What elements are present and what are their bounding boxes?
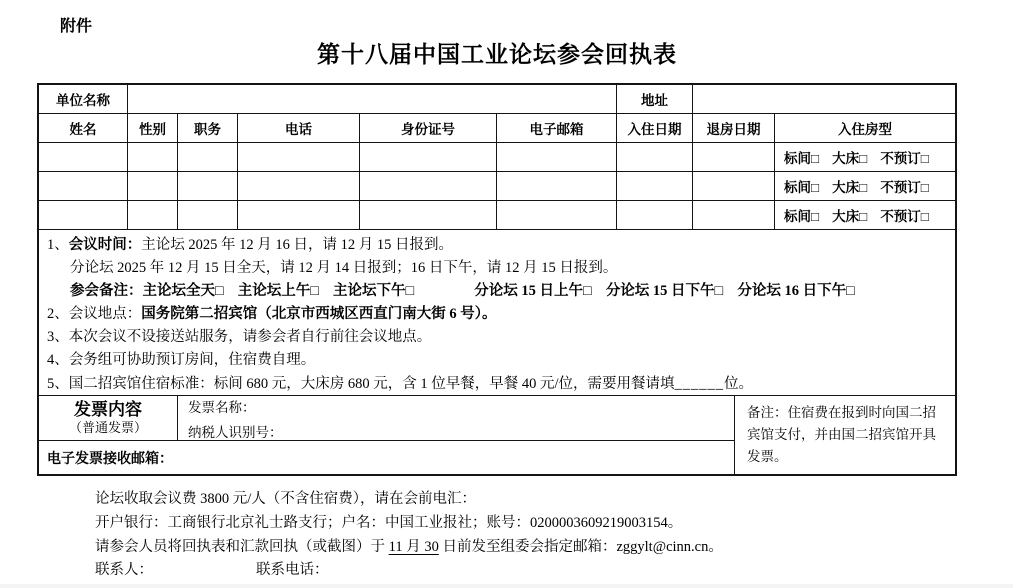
attendee-id-cell[interactable] — [360, 172, 497, 201]
remark-option-sub-15pm-checkbox[interactable]: 分论坛 15 日下午□ — [606, 283, 724, 299]
room-option-king-checkbox[interactable]: 大床□ — [832, 176, 867, 196]
attendee-checkin-cell[interactable] — [617, 143, 693, 172]
note-shuttle: 3、本次会议不设接送站服务，请参会者自行前往会议地点。 — [47, 326, 947, 349]
deadline-line: 请参会人员将回执表和汇款回执（或截图）于 11 月 30 日前发至组委会指定邮箱… — [95, 536, 723, 560]
deadline-suffix: 日前发至组委会指定邮箱：zggylt@cinn.cn。 — [439, 539, 723, 555]
header-position: 职务 — [178, 114, 238, 143]
note-meeting-time: 1、会议时间：主论坛 2025 年 12 月 16 日，请 12 月 15 日报… — [47, 234, 947, 257]
header-name: 姓名 — [39, 114, 128, 143]
remark-option-main-afternoon-checkbox[interactable]: 主论坛下午□ — [333, 283, 414, 299]
contact-line: 联系人：联系电话： — [95, 559, 723, 583]
note-hotel-rate: 5、国二招宾馆住宿标准：标间 680 元，大床房 680 元，含 1 位早餐，早… — [47, 373, 947, 396]
header-room-type: 入住房型 — [775, 114, 955, 143]
attendee-checkout-cell[interactable] — [693, 201, 775, 230]
remark-option-sub-15am-checkbox[interactable]: 分论坛 15 日上午□ — [474, 283, 592, 299]
header-checkin-date: 入住日期 — [617, 114, 693, 143]
note-number: 2、 — [47, 306, 69, 322]
bank-line: 开户银行：工商银行北京礼士路支行；户名：中国工业报社；账号：0200003609… — [95, 512, 723, 536]
attendee-position-cell[interactable] — [178, 201, 238, 230]
header-checkout-date: 退房日期 — [693, 114, 775, 143]
venue-text: 国务院第二招宾馆（北京市西城区西直门南大街 6 号）。 — [141, 306, 496, 322]
page-bottom-edge — [0, 584, 1013, 588]
note-venue: 2、会议地点：国务院第二招宾馆（北京市西城区西直门南大街 6 号）。 — [47, 303, 947, 326]
room-option-king-checkbox[interactable]: 大床□ — [832, 205, 867, 225]
registration-form: 单位名称 地址 姓名 性别 职务 电话 身份证号 电子邮箱 入住日期 退房日期 … — [37, 83, 957, 476]
remark-label: 参会备注： — [70, 283, 143, 299]
remark-option-sub-16pm-checkbox[interactable]: 分论坛 16 日下午□ — [737, 283, 855, 299]
invoice-fields-cell: 发票名称： 纳税人识别号： — [178, 396, 735, 441]
invoice-content-label: 发票内容 — [74, 400, 142, 420]
venue-label: 会议地点： — [69, 306, 142, 322]
room-option-standard-checkbox[interactable]: 标间□ — [784, 176, 819, 196]
unit-name-input-cell[interactable] — [128, 85, 617, 114]
deadline-prefix: 请参会人员将回执表和汇款回执（或截图）于 — [95, 539, 389, 555]
header-id-number: 身份证号 — [360, 114, 497, 143]
header-gender: 性别 — [128, 114, 178, 143]
fee-line: 论坛收取会议费 3800 元/人（不含住宿费），请在会前电汇： — [95, 488, 723, 512]
header-email: 电子邮箱 — [497, 114, 617, 143]
attendee-phone-cell[interactable] — [238, 201, 360, 230]
hotel-rate-text: 5、国二招宾馆住宿标准：标间 680 元，大床房 680 元，含 1 位早餐，早… — [47, 376, 675, 392]
tax-id-field[interactable]: 纳税人识别号： — [188, 421, 734, 441]
page-title: 第十八届中国工业论坛参会回执表 — [37, 36, 957, 69]
note-room-booking: 4、会务组可协助预订房间，住宿费自理。 — [47, 349, 947, 372]
attendee-name-cell[interactable] — [39, 201, 128, 230]
attendee-position-cell[interactable] — [178, 143, 238, 172]
contact-label: 联系人： — [95, 562, 153, 578]
attachment-label: 附件 — [60, 13, 92, 36]
invoice-section: 发票内容 （普通发票） 发票名称： 纳税人识别号： 备注：住宿费在报到时向国二招… — [39, 396, 955, 474]
note-remark-line: 参会备注：主论坛全天□主论坛上午□主论坛下午□分论坛 15 日上午□分论坛 15… — [47, 280, 947, 303]
attendee-phone-cell[interactable] — [238, 143, 360, 172]
form-page: 附件 第十八届中国工业论坛参会回执表 单位名称 地址 姓名 性别 职务 电话 身… — [0, 0, 1013, 588]
attendee-gender-cell[interactable] — [128, 201, 178, 230]
invoice-remark: 备注：住宿费在报到时向国二招宾馆支付，并由国二招宾馆开具发票。 — [735, 396, 955, 474]
room-type-cell: 标间□ 大床□ 不预订□ — [775, 201, 955, 230]
note-subforum-time: 分论坛 2025 年 12 月 15 日全天，请 12 月 14 日报到；16 … — [47, 257, 947, 280]
phone-label: 联系电话： — [256, 562, 329, 578]
deadline-date: 11 月 30 — [389, 539, 439, 555]
room-option-none-checkbox[interactable]: 不预订□ — [880, 176, 929, 196]
note-number: 1、 — [47, 237, 69, 253]
attendee-gender-cell[interactable] — [128, 143, 178, 172]
attendee-phone-cell[interactable] — [238, 172, 360, 201]
attendee-email-cell[interactable] — [497, 143, 617, 172]
attendee-id-cell[interactable] — [360, 201, 497, 230]
remark-option-main-allday-checkbox[interactable]: 主论坛全天□ — [143, 283, 224, 299]
attendee-email-cell[interactable] — [497, 172, 617, 201]
room-option-none-checkbox[interactable]: 不预订□ — [880, 147, 929, 167]
attendee-email-cell[interactable] — [497, 201, 617, 230]
meal-count-blank[interactable]: ______ — [675, 376, 725, 392]
notes-section: 1、会议时间：主论坛 2025 年 12 月 16 日，请 12 月 15 日报… — [39, 230, 955, 396]
invoice-type-label: （普通发票） — [69, 420, 147, 436]
meeting-time-text: 主论坛 2025 年 12 月 16 日，请 12 月 15 日报到。 — [141, 237, 453, 253]
attendee-gender-cell[interactable] — [128, 172, 178, 201]
attendee-table: 单位名称 地址 姓名 性别 职务 电话 身份证号 电子邮箱 入住日期 退房日期 … — [39, 85, 955, 230]
attendee-checkin-cell[interactable] — [617, 172, 693, 201]
attendee-position-cell[interactable] — [178, 172, 238, 201]
room-option-standard-checkbox[interactable]: 标间□ — [784, 147, 819, 167]
hotel-rate-suffix: 位。 — [724, 376, 753, 392]
invoice-name-field[interactable]: 发票名称： — [188, 396, 734, 416]
invoice-content-cell: 发票内容 （普通发票） — [39, 396, 178, 441]
address-label: 地址 — [617, 85, 693, 114]
invoice-email-field[interactable]: 电子发票接收邮箱： — [39, 441, 735, 474]
room-type-cell: 标间□ 大床□ 不预订□ — [775, 172, 955, 201]
attendee-name-cell[interactable] — [39, 143, 128, 172]
header-phone: 电话 — [238, 114, 360, 143]
room-type-cell: 标间□ 大床□ 不预订□ — [775, 143, 955, 172]
address-input-cell[interactable] — [693, 85, 955, 114]
attendee-id-cell[interactable] — [360, 143, 497, 172]
remark-option-main-morning-checkbox[interactable]: 主论坛上午□ — [238, 283, 319, 299]
meeting-time-label: 会议时间： — [69, 237, 142, 253]
attendee-checkin-cell[interactable] — [617, 201, 693, 230]
attendee-name-cell[interactable] — [39, 172, 128, 201]
remittance-info: 论坛收取会议费 3800 元/人（不含住宿费），请在会前电汇： 开户银行：工商银… — [95, 488, 723, 583]
room-option-none-checkbox[interactable]: 不预订□ — [880, 205, 929, 225]
attendee-checkout-cell[interactable] — [693, 143, 775, 172]
room-option-king-checkbox[interactable]: 大床□ — [832, 147, 867, 167]
room-option-standard-checkbox[interactable]: 标间□ — [784, 205, 819, 225]
attendee-checkout-cell[interactable] — [693, 172, 775, 201]
unit-name-label: 单位名称 — [39, 85, 128, 114]
